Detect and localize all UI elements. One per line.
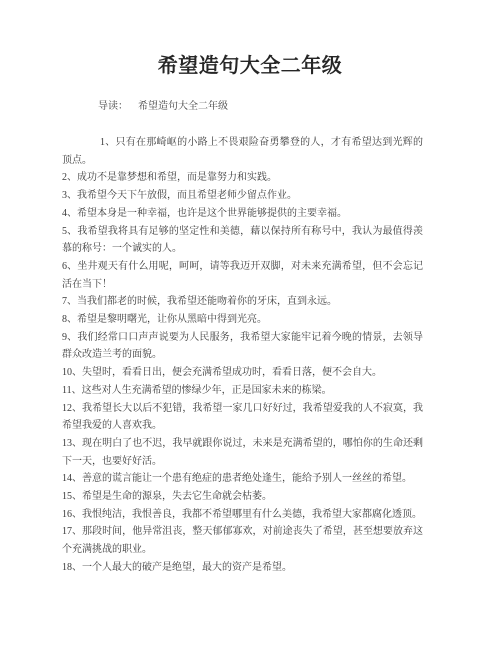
sentence-item: 5、我希望我将具有足够的坚定性和美德，藉以保持所有称号中，我认为最值得羡慕的称号…: [62, 223, 423, 258]
sentence-item: 9、我们经常口口声声说要为人民服务，我希望大家能牢记着今晚的情景，去领导群众改造…: [62, 329, 423, 364]
sentence-item: 10、失望时，看看日出，便会充满希望成功时，看看日落，便不会自大。: [62, 364, 423, 382]
sentence-item: 3、我希望今天下午放假，而且希望老师少留点作业。: [62, 187, 423, 205]
sentence-item: 4、希望本身是一种幸福，也许是这个世界能够提供的主要幸福。: [62, 205, 423, 223]
document-page: 希望造句大全二年级 导读：希望造句大全二年级 1、只有在那崎岖的小路上不畏艰险奋…: [0, 0, 500, 647]
sentence-item: 11、这些对人生充满希望的惨绿少年，正是国家未来的栋梁。: [62, 382, 423, 400]
sentence-item: 13、现在明白了也不迟，我早就跟你说过，未来是充满希望的，哪怕你的生命还剩下一天…: [62, 435, 423, 470]
sentence-item: 8、希望是黎明曙光，让你从黑暗中得到光亮。: [62, 311, 423, 329]
sentence-item: 6、坐井观天有什么用呢，呵呵，请等我迈开双脚，对未来充满希望，但不会忘记活在当下…: [62, 258, 423, 293]
sentence-item: 7、当我们都老的时候，我希望还能吻着你的牙床，直到永远。: [62, 293, 423, 311]
page-title: 希望造句大全二年级: [0, 0, 500, 77]
sentence-item: 18、一个人最大的破产是绝望，最大的资产是希望。: [62, 559, 423, 577]
sentence-item: 2、成功不是靠梦想和希望，而是靠努力和实践。: [62, 169, 423, 187]
lead-label: 导读：: [98, 101, 128, 112]
sentence-item: 12、我希望长大以后不犯错，我希望一家几口好好过，我希望爱我的人不寂寞，我希望我…: [62, 400, 423, 435]
lead-line: 导读：希望造句大全二年级: [98, 98, 500, 115]
sentence-item: 15、希望是生命的源泉，失去它生命就会枯萎。: [62, 488, 423, 506]
sentence-item: 1、只有在那崎岖的小路上不畏艰险奋勇攀登的人，才有希望达到光辉的顶点。: [62, 134, 423, 169]
lead-title: 希望造句大全二年级: [138, 101, 228, 112]
sentence-item: 14、善意的谎言能让一个患有绝症的患者绝处逢生，能给予别人一丝丝的希望。: [62, 470, 423, 488]
sentence-item: 17、那段时间，他异常沮丧，整天郁郁寡欢，对前途丧失了希望，甚至想要放弃这个充满…: [62, 523, 423, 558]
sentence-item: 16、我恨纯洁，我恨善良，我都不希望哪里有什么美德，我希望大家都腐化透顶。: [62, 506, 423, 524]
sentence-list: 1、只有在那崎岖的小路上不畏艰险奋勇攀登的人，才有希望达到光辉的顶点。 2、成功…: [62, 134, 423, 577]
